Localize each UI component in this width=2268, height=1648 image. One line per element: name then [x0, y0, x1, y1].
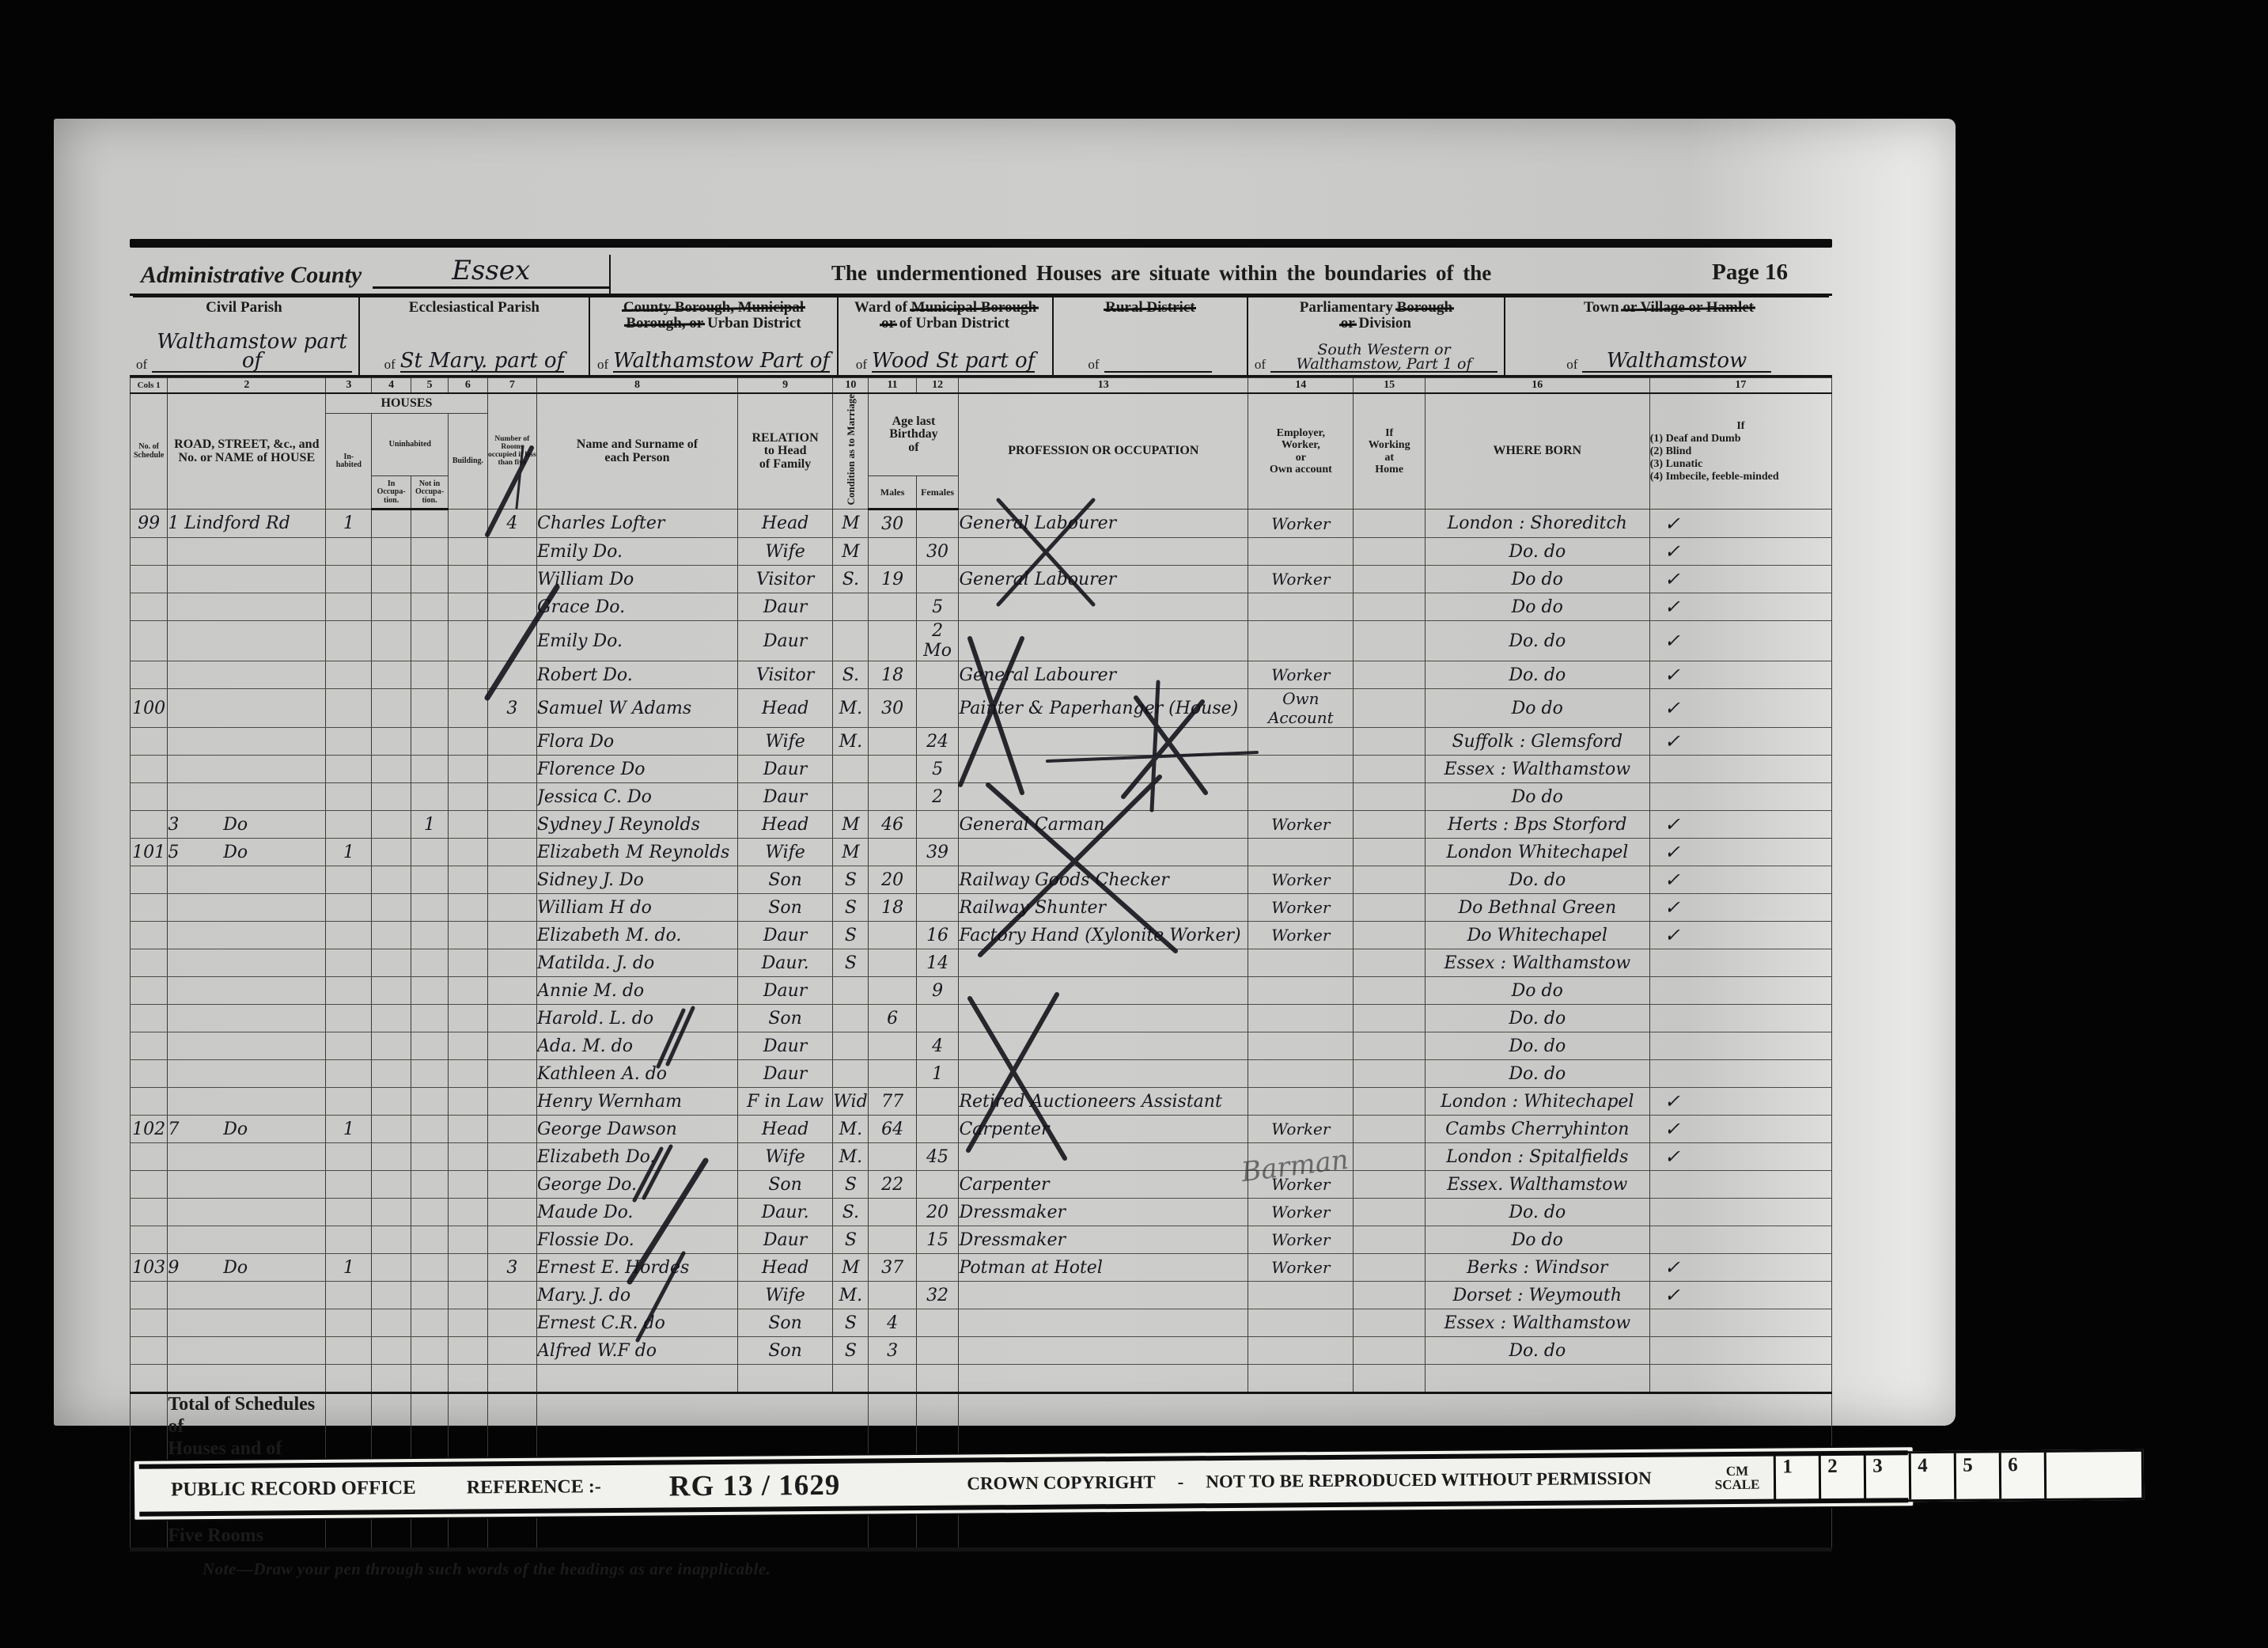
- cell-condition: M: [833, 839, 869, 866]
- cell-name: Alfred W.F do: [537, 1337, 738, 1365]
- cell-age-female: [916, 894, 959, 922]
- cell-employer: Worker: [1248, 922, 1354, 949]
- cell-relation: Head: [737, 1116, 832, 1143]
- cell-uninhabited-not-in-occupation: [411, 1226, 448, 1254]
- cell-age-female: 15: [916, 1226, 959, 1254]
- cell-uninhabited-not-in-occupation: 1: [411, 811, 448, 839]
- cell-condition: [833, 621, 869, 661]
- cell-age-female: [916, 811, 959, 839]
- cell-working-at-home: [1354, 538, 1425, 566]
- cell-inhabited: [326, 1171, 372, 1199]
- cell-employer: [1248, 728, 1354, 756]
- cell-name: Ernest C.R. do: [537, 1309, 738, 1337]
- cell-schedule-no: [131, 1088, 168, 1116]
- cell-condition: [833, 1005, 869, 1032]
- cell-age-male: 46: [869, 811, 916, 839]
- cell-age-male: 6: [869, 1005, 916, 1032]
- cell-building: [449, 1254, 487, 1282]
- cell-rooms: [487, 922, 536, 949]
- cell-age-female: [916, 510, 959, 538]
- cm-scale-ruler: 1 2 3 4 5 6: [1774, 1449, 2144, 1503]
- col-number: 6: [449, 378, 487, 394]
- census-row: William H do Son S 18 Railway Shunter Wo…: [131, 894, 1832, 922]
- cell-age-female: 45: [916, 1143, 959, 1171]
- cell-age-female: 5: [916, 756, 959, 783]
- cell-inhabited: [326, 783, 372, 811]
- cell-road: 5 Do: [168, 839, 326, 866]
- cell-occupation: [959, 1143, 1248, 1171]
- struck-text: Rural District: [1105, 299, 1195, 316]
- cell-infirmity-tick: ✓: [1649, 1116, 1831, 1143]
- cell-schedule-no: [131, 1337, 168, 1365]
- cell-uninhabited-in-occupation: [372, 1226, 411, 1254]
- cell-relation: Daur: [737, 977, 832, 1005]
- cell-infirmity-tick: ✓: [1649, 510, 1831, 538]
- cell-working-at-home: [1354, 839, 1425, 866]
- cell-inhabited: [326, 1282, 372, 1309]
- females-header: Females: [916, 476, 959, 510]
- cell-working-at-home: [1354, 977, 1425, 1005]
- cell-infirmity-tick: [1649, 1171, 1831, 1199]
- reference-number: RG 13 / 1629: [669, 1468, 841, 1503]
- cell-schedule-no: [131, 949, 168, 977]
- cell-uninhabited-in-occupation: [372, 1088, 411, 1116]
- cell-schedule-no: 101: [131, 839, 168, 866]
- rural-district-value: [1104, 371, 1213, 373]
- page-number: Page 16: [1712, 260, 1832, 294]
- cell-uninhabited-not-in-occupation: [411, 1088, 448, 1116]
- cell-infirmity-tick: [1649, 1226, 1831, 1254]
- cell-road: [168, 977, 326, 1005]
- cell-rooms: [487, 661, 536, 689]
- cell-condition: S.: [833, 566, 869, 593]
- cell-rooms: [487, 538, 536, 566]
- cell-infirmity-tick: ✓: [1649, 1254, 1831, 1282]
- cell-schedule-no: [131, 1226, 168, 1254]
- census-row: Alfred W.F do Son S 3 Do. do: [131, 1337, 1832, 1365]
- in-occupation-header: In Occupa- tion.: [372, 476, 411, 510]
- cell-uninhabited-in-occupation: [372, 1309, 411, 1337]
- census-row: Henry Wernham F in Law Widr 77 Retired A…: [131, 1088, 1832, 1116]
- cell-uninhabited-in-occupation: [372, 949, 411, 977]
- cell-schedule-no: 103: [131, 1254, 168, 1282]
- admin-county-row: Administrative County Essex The undermen…: [130, 248, 1832, 296]
- cell-building: [449, 866, 487, 894]
- cell-occupation: [959, 1060, 1248, 1088]
- cell-name: Flora Do: [537, 728, 738, 756]
- cell-relation: Daur: [737, 1226, 832, 1254]
- cell-occupation: [959, 1032, 1248, 1060]
- cell-name: William H do: [537, 894, 738, 922]
- cell-building: [449, 1032, 487, 1060]
- cell-building: [449, 1226, 487, 1254]
- cell-relation: F in Law: [737, 1088, 832, 1116]
- col-number: 14: [1248, 378, 1354, 394]
- cell-relation: Daur: [737, 922, 832, 949]
- cell-age-male: 3: [869, 1337, 916, 1365]
- cell-inhabited: 1: [326, 1116, 372, 1143]
- cell-name: Kathleen A. do: [537, 1060, 738, 1088]
- cell-age-male: 19: [869, 566, 916, 593]
- cm-scale-label: CM SCALE: [1715, 1464, 1760, 1491]
- cell-age-male: 30: [869, 689, 916, 728]
- form-note: Note—Draw your pen through such words of…: [130, 1551, 1832, 1579]
- cell-uninhabited-in-occupation: [372, 811, 411, 839]
- cell-road: [168, 1143, 326, 1171]
- cell-where-born: Essex. Walthamstow: [1425, 1171, 1649, 1199]
- cell-building: [449, 1088, 487, 1116]
- cell-infirmity-tick: [1649, 1005, 1831, 1032]
- cell-building: [449, 1199, 487, 1226]
- cell-uninhabited-in-occupation: [372, 566, 411, 593]
- cell-employer: [1248, 1365, 1354, 1393]
- cell-where-born: Cambs Cherryhinton: [1425, 1116, 1649, 1143]
- reproduction-notice: NOT TO BE REPRODUCED WITHOUT PERMISSION: [1206, 1468, 1652, 1492]
- cell-schedule-no: [131, 1199, 168, 1226]
- cell-infirmity-tick: ✓: [1649, 1282, 1831, 1309]
- infirmity-header: If (1) Deaf and Dumb (2) Blind (3) Lunat…: [1649, 393, 1831, 510]
- cell-schedule-no: [131, 922, 168, 949]
- col-number: Cols 1: [131, 378, 168, 394]
- cell-where-born: Essex : Walthamstow: [1425, 949, 1649, 977]
- ward-label: Ward of: [854, 299, 907, 316]
- cell-rooms: [487, 1060, 536, 1088]
- cell-occupation: [959, 593, 1248, 621]
- cell-uninhabited-not-in-occupation: [411, 1060, 448, 1088]
- cell-working-at-home: [1354, 1282, 1425, 1309]
- cell-condition: [833, 1060, 869, 1088]
- cell-schedule-no: [131, 1171, 168, 1199]
- cell-schedule-no: [131, 894, 168, 922]
- cell-condition: S: [833, 1226, 869, 1254]
- ruler-cell: 3: [1866, 1453, 1911, 1499]
- cell-building: [449, 977, 487, 1005]
- cell-inhabited: [326, 661, 372, 689]
- cell-rooms: [487, 1088, 536, 1116]
- cell-rooms: [487, 1143, 536, 1171]
- cell-schedule-no: [131, 977, 168, 1005]
- cell-uninhabited-in-occupation: [372, 756, 411, 783]
- cell-age-male: [869, 977, 916, 1005]
- cell-occupation: [959, 1337, 1248, 1365]
- cell-age-female: [916, 1365, 959, 1393]
- cell-age-male: [869, 839, 916, 866]
- cell-occupation: [959, 783, 1248, 811]
- cell-uninhabited-not-in-occupation: [411, 866, 448, 894]
- cell-condition: [833, 756, 869, 783]
- cell-uninhabited-not-in-occupation: [411, 538, 448, 566]
- cell-infirmity-tick: ✓: [1649, 661, 1831, 689]
- cell-occupation: [959, 1309, 1248, 1337]
- cell-condition: M.: [833, 1116, 869, 1143]
- cell-relation: Son: [737, 894, 832, 922]
- census-row: Flora Do Wife M. 24 Suffolk : Glemsford …: [131, 728, 1832, 756]
- cell-road: [168, 756, 326, 783]
- struck-text: Borough: [1397, 299, 1452, 316]
- cell-age-male: 18: [869, 661, 916, 689]
- cell-age-female: 39: [916, 839, 959, 866]
- cell-age-male: [869, 538, 916, 566]
- cell-uninhabited-in-occupation: [372, 894, 411, 922]
- cell-schedule-no: [131, 661, 168, 689]
- cell-uninhabited-in-occupation: [372, 783, 411, 811]
- cell-where-born: Do. do: [1425, 1337, 1649, 1365]
- cell-where-born: London : Whitechapel: [1425, 1088, 1649, 1116]
- cell-uninhabited-in-occupation: [372, 593, 411, 621]
- cell-age-male: [869, 1365, 916, 1393]
- cell-road: [168, 621, 326, 661]
- cell-uninhabited-in-occupation: [372, 538, 411, 566]
- cell-schedule-no: [131, 783, 168, 811]
- cell-schedule-no: [131, 811, 168, 839]
- cell-uninhabited-not-in-occupation: [411, 1199, 448, 1226]
- cell-schedule-no: [131, 1143, 168, 1171]
- cell-age-female: 2 Mo: [916, 621, 959, 661]
- cell-name: Maude Do.: [537, 1199, 738, 1226]
- census-row: 102 7 Do 1 George Dawson Head M. 64 Carp…: [131, 1116, 1832, 1143]
- cell-uninhabited-in-occupation: [372, 1171, 411, 1199]
- ecclesiastical-parish-value: St Mary. part of: [400, 351, 564, 373]
- cell-rooms: [487, 949, 536, 977]
- form-top-rule: [130, 239, 1832, 248]
- cell-inhabited: [326, 1088, 372, 1116]
- cell-schedule-no: [131, 1005, 168, 1032]
- cell-building: [449, 593, 487, 621]
- cell-relation: Son: [737, 1171, 832, 1199]
- cell-uninhabited-not-in-occupation: [411, 922, 448, 949]
- ecclesiastical-parish-cell: Ecclesiastical Parish of St Mary. part o…: [360, 296, 590, 375]
- cell-rooms: [487, 1309, 536, 1337]
- cell-working-at-home: [1354, 756, 1425, 783]
- cell-rooms: [487, 811, 536, 839]
- cell-uninhabited-not-in-occupation: [411, 1309, 448, 1337]
- cell-working-at-home: [1354, 1171, 1425, 1199]
- cell-age-female: [916, 1171, 959, 1199]
- cell-occupation: [959, 621, 1248, 661]
- cell-schedule-no: [131, 1309, 168, 1337]
- cell-name: Annie M. do: [537, 977, 738, 1005]
- cell-road: [168, 1226, 326, 1254]
- cell-occupation: General Labourer: [959, 661, 1248, 689]
- cell-where-born: London : Spitalfields: [1425, 1143, 1649, 1171]
- cell-uninhabited-not-in-occupation: [411, 593, 448, 621]
- cell-inhabited: [326, 1005, 372, 1032]
- cell-working-at-home: [1354, 510, 1425, 538]
- col-number: 15: [1354, 378, 1425, 394]
- cell-uninhabited-not-in-occupation: [411, 510, 448, 538]
- cell-name: William Do: [537, 566, 738, 593]
- cell-road: [168, 1032, 326, 1060]
- cell-infirmity-tick: [1649, 1032, 1831, 1060]
- working-at-home-header: If Working at Home: [1354, 393, 1425, 510]
- cell-relation: Daur: [737, 621, 832, 661]
- cell-where-born: Do do: [1425, 783, 1649, 811]
- cell-uninhabited-not-in-occupation: [411, 1171, 448, 1199]
- cell-condition: [833, 977, 869, 1005]
- cell-where-born: Herts : Bps Storford: [1425, 811, 1649, 839]
- cell-age-male: [869, 1199, 916, 1226]
- cell-name: Mary. J. do: [537, 1282, 738, 1309]
- cell-inhabited: [326, 977, 372, 1005]
- cell-age-female: 14: [916, 949, 959, 977]
- cell-working-at-home: [1354, 783, 1425, 811]
- header-row-groups: No. of Schedule ROAD, STREET, &c., and N…: [131, 393, 1832, 414]
- cell-schedule-no: 100: [131, 689, 168, 728]
- col-number: 13: [959, 378, 1248, 394]
- cell-employer: [1248, 1088, 1354, 1116]
- cell-infirmity-tick: ✓: [1649, 866, 1831, 894]
- cell-name: [537, 1365, 738, 1393]
- cell-age-female: 5: [916, 593, 959, 621]
- census-row: George Do. Son S 22 Carpenter Worker Ess…: [131, 1171, 1832, 1199]
- cell-where-born: Do. do: [1425, 1199, 1649, 1226]
- cell-rooms: [487, 977, 536, 1005]
- col-number: 11: [869, 378, 916, 394]
- cell-schedule-no: [131, 593, 168, 621]
- civil-parish-label: Civil Parish: [206, 299, 282, 316]
- cell-road: [168, 894, 326, 922]
- cell-occupation: [959, 756, 1248, 783]
- cell-where-born: Berks : Windsor: [1425, 1254, 1649, 1282]
- cell-name: Matilda. J. do: [537, 949, 738, 977]
- town-value: Walthamstow: [1582, 351, 1770, 373]
- cell-relation: Wife: [737, 1282, 832, 1309]
- cell-where-born: London Whitechapel: [1425, 839, 1649, 866]
- cell-infirmity-tick: [1649, 977, 1831, 1005]
- cell-age-female: [916, 1088, 959, 1116]
- cell-inhabited: [326, 756, 372, 783]
- cell-age-female: [916, 661, 959, 689]
- cell-infirmity-tick: ✓: [1649, 922, 1831, 949]
- cell-building: [449, 839, 487, 866]
- cell-age-male: [869, 1060, 916, 1088]
- cell-inhabited: [326, 621, 372, 661]
- cell-building: [449, 510, 487, 538]
- cell-where-born: Do Bethnal Green: [1425, 894, 1649, 922]
- cell-infirmity-tick: ✓: [1649, 839, 1831, 866]
- cell-where-born: Essex : Walthamstow: [1425, 756, 1649, 783]
- cell-schedule-no: [131, 1060, 168, 1088]
- cell-building: [449, 661, 487, 689]
- cell-age-female: [916, 1337, 959, 1365]
- cell-working-at-home: [1354, 1226, 1425, 1254]
- cell-occupation: General Carman: [959, 811, 1248, 839]
- cell-schedule-no: 102: [131, 1116, 168, 1143]
- census-row: Elizabeth Do. Wife M. 45 London : Spital…: [131, 1143, 1832, 1171]
- ruler-cell: 4: [1911, 1453, 1956, 1499]
- census-row: Ernest C.R. do Son S 4 Essex : Walthamst…: [131, 1309, 1832, 1337]
- cell-infirmity-tick: [1649, 1309, 1831, 1337]
- census-row: Emily Do. Wife M 30 Do. do ✓: [131, 538, 1832, 566]
- cell-rooms: 4: [487, 510, 536, 538]
- census-row: 99 1 Lindford Rd 1 4 Charles Lofter Head…: [131, 510, 1832, 538]
- cell-infirmity-tick: [1649, 783, 1831, 811]
- cell-condition: M: [833, 538, 869, 566]
- census-row: Matilda. J. do Daur. S 14 Essex : Waltha…: [131, 949, 1832, 977]
- cell-building: [449, 1143, 487, 1171]
- cell-where-born: Do do: [1425, 977, 1649, 1005]
- cell-age-male: 77: [869, 1088, 916, 1116]
- cell-name: Jessica C. Do: [537, 783, 738, 811]
- census-row: Emily Do. Daur 2 Mo Do. do ✓: [131, 621, 1832, 661]
- infirmity-item: (4) Imbecile, feeble-minded: [1650, 471, 1779, 483]
- cell-inhabited: [326, 728, 372, 756]
- cell-rooms: [487, 1226, 536, 1254]
- cell-working-at-home: [1354, 1005, 1425, 1032]
- cell-building: [449, 538, 487, 566]
- cell-schedule-no: [131, 1282, 168, 1309]
- cell-age-female: [916, 1116, 959, 1143]
- cell-infirmity-tick: ✓: [1649, 538, 1831, 566]
- cell-building: [449, 1309, 487, 1337]
- cell-building: [449, 1171, 487, 1199]
- cell-rooms: [487, 1199, 536, 1226]
- cell-age-male: [869, 1282, 916, 1309]
- of-word: of: [597, 357, 608, 373]
- infirmity-item: (2) Blind: [1650, 445, 1692, 457]
- census-row: Mary. J. do Wife M. 32 Dorset : Weymouth…: [131, 1282, 1832, 1309]
- cell-age-female: 9: [916, 977, 959, 1005]
- cell-uninhabited-not-in-occupation: [411, 839, 448, 866]
- cell-infirmity-tick: ✓: [1649, 728, 1831, 756]
- cell-where-born: Essex : Walthamstow: [1425, 1309, 1649, 1337]
- cell-name: Sidney J. Do: [537, 866, 738, 894]
- cell-relation: Daur: [737, 756, 832, 783]
- cell-schedule-no: [131, 728, 168, 756]
- cell-schedule-no: [131, 566, 168, 593]
- cell-rooms: [487, 839, 536, 866]
- cell-infirmity-tick: [1649, 756, 1831, 783]
- col-number: 5: [411, 378, 448, 394]
- column-headers: Cols 1 2 3 4 5 6 7 8 9 10 11 12 13 14: [131, 378, 1832, 510]
- cell-working-at-home: [1354, 1365, 1425, 1393]
- cell-working-at-home: [1354, 1199, 1425, 1226]
- cell-working-at-home: [1354, 811, 1425, 839]
- cell-relation: Head: [737, 1254, 832, 1282]
- cell-age-male: [869, 1143, 916, 1171]
- cell-uninhabited-not-in-occupation: [411, 728, 448, 756]
- cell-rooms: [487, 1005, 536, 1032]
- cell-uninhabited-in-occupation: [372, 728, 411, 756]
- cell-name: Elizabeth M Reynolds: [537, 839, 738, 866]
- cell-working-at-home: [1354, 1143, 1425, 1171]
- cell-road: 1 Lindford Rd: [168, 510, 326, 538]
- cell-building: [449, 1005, 487, 1032]
- cell-rooms: [487, 783, 536, 811]
- cell-occupation: General Labourer: [959, 566, 1248, 593]
- cell-employer: Own Account: [1248, 689, 1354, 728]
- cell-inhabited: 1: [326, 510, 372, 538]
- cell-road: [168, 1199, 326, 1226]
- crown-copyright: CROWN COPYRIGHT: [967, 1472, 1156, 1495]
- cell-relation: Son: [737, 1309, 832, 1337]
- cell-age-male: [869, 949, 916, 977]
- ecclesiastical-parish-label: Ecclesiastical Parish: [409, 299, 540, 316]
- ward-label-2: of Urban District: [899, 315, 1009, 331]
- employer-header: Employer, Worker, or Own account: [1248, 393, 1354, 510]
- census-row: 101 5 Do 1 Elizabeth M Reynolds Wife M 3…: [131, 839, 1832, 866]
- cell-schedule-no: [131, 1032, 168, 1060]
- cell-road: [168, 1060, 326, 1088]
- occupation-header: PROFESSION OR OCCUPATION: [959, 393, 1248, 510]
- cell-where-born: Do. do: [1425, 538, 1649, 566]
- cell-occupation: Carpenter: [959, 1116, 1248, 1143]
- cell-where-born: Do do: [1425, 593, 1649, 621]
- cell-occupation: Carpenter: [959, 1171, 1248, 1199]
- census-row: Ada. M. do Daur 4 Do. do: [131, 1032, 1832, 1060]
- cell-working-at-home: [1354, 1337, 1425, 1365]
- cell-infirmity-tick: ✓: [1649, 621, 1831, 661]
